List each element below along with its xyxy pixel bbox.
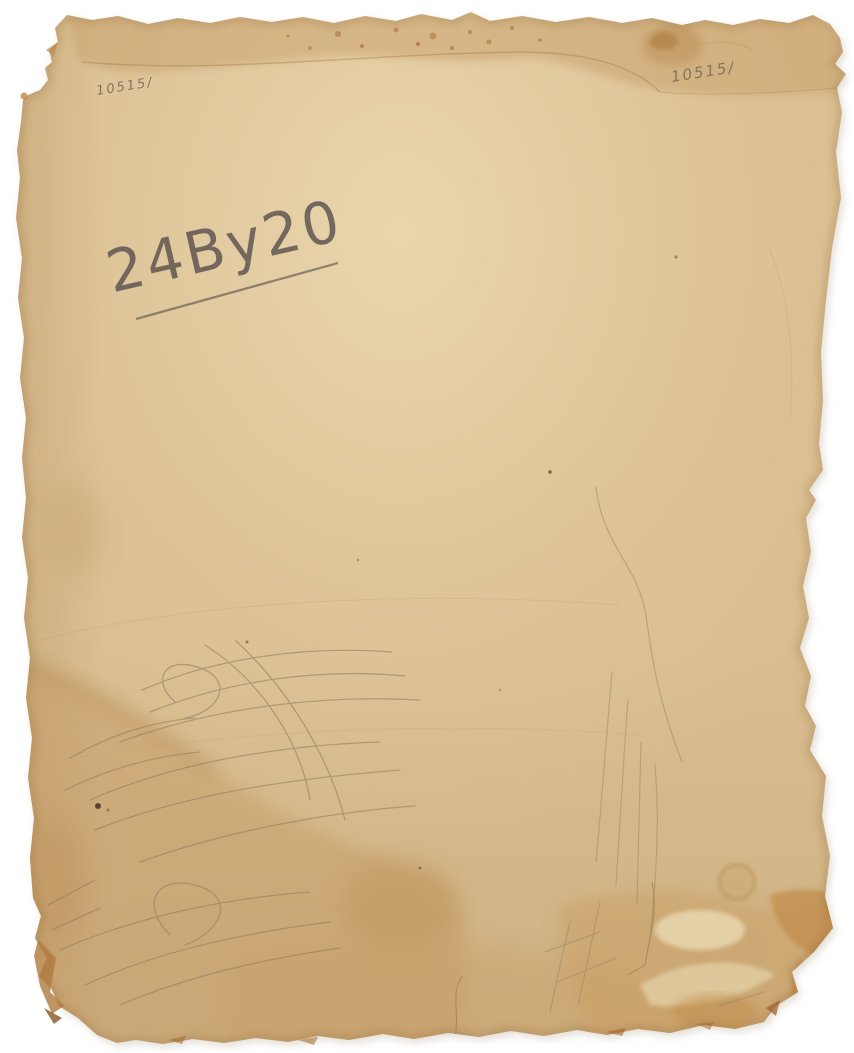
photo-stage: 10515/ 10515/ 24By20 <box>0 0 854 1053</box>
top-right-stain <box>642 25 702 65</box>
ring-stain <box>720 865 754 899</box>
aged-paper-photo: 10515/ 10515/ 24By20 <box>0 0 854 1053</box>
